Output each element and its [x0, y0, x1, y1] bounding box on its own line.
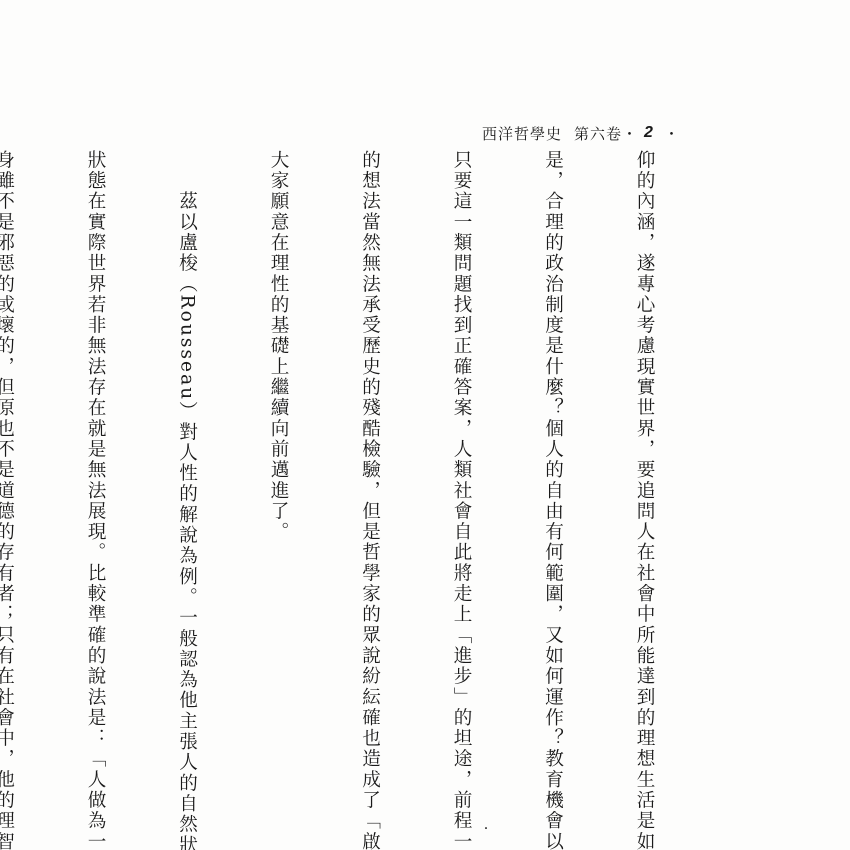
book-page: 西洋哲學史 第六卷 ・ 2 ・ 仰的內涵，遂專心考慮現實世界，要追問人在社會中所…: [0, 0, 850, 850]
running-header: 西洋哲學史 第六卷 ・ 2 ・: [482, 121, 680, 145]
text-line: 大家願意在理性的基礎上繼續向前邁進了。: [263, 150, 294, 790]
footer-mark: ・: [481, 820, 491, 835]
book-title: 西洋哲學史: [482, 123, 562, 144]
page-number: 2: [644, 124, 654, 142]
text-line: 茲以盧梭（Rousseau）對人性的解說為例。一般認為他主張人的自然狀態是善的，…: [171, 150, 202, 790]
text-line: 身雖不是邪惡的或壞的，但原也不是道德的存有者；只有在社會中，他的理智與道德生命才…: [0, 150, 19, 790]
header-trailing-dot: ・: [664, 123, 680, 144]
header-separator: ・: [622, 123, 638, 144]
volume-label: 第六卷: [574, 123, 622, 144]
text-line: 仰的內涵，遂專心考慮現實世界，要追問人在社會中所能達到的理想生活是如何一種情境。…: [629, 150, 660, 790]
text-line: 是，合理的政治制度是什麼？個人的自由有何範圍，又如何運作？教育機會以及教育目的何…: [537, 150, 568, 790]
vertical-body-text: 仰的內涵，遂專心考慮現實世界，要追問人在社會中所能達到的理想生活是如何一種情境。…: [0, 150, 720, 790]
text-line: 狀態在實際世界若非無法存在就是無法展現。比較準確的說法是：「人做為一個獨立的個體…: [80, 150, 111, 790]
text-line: 只要這一類問題找到正確答案，人類社會自此將走上「進步」的坦途，前程一片光明。這種…: [446, 150, 477, 790]
text-line: 的想法當然無法承受歷史的殘酷檢驗，但是哲學家的眾說紛紜確也造成了「啟蒙」的效果，…: [354, 150, 385, 790]
